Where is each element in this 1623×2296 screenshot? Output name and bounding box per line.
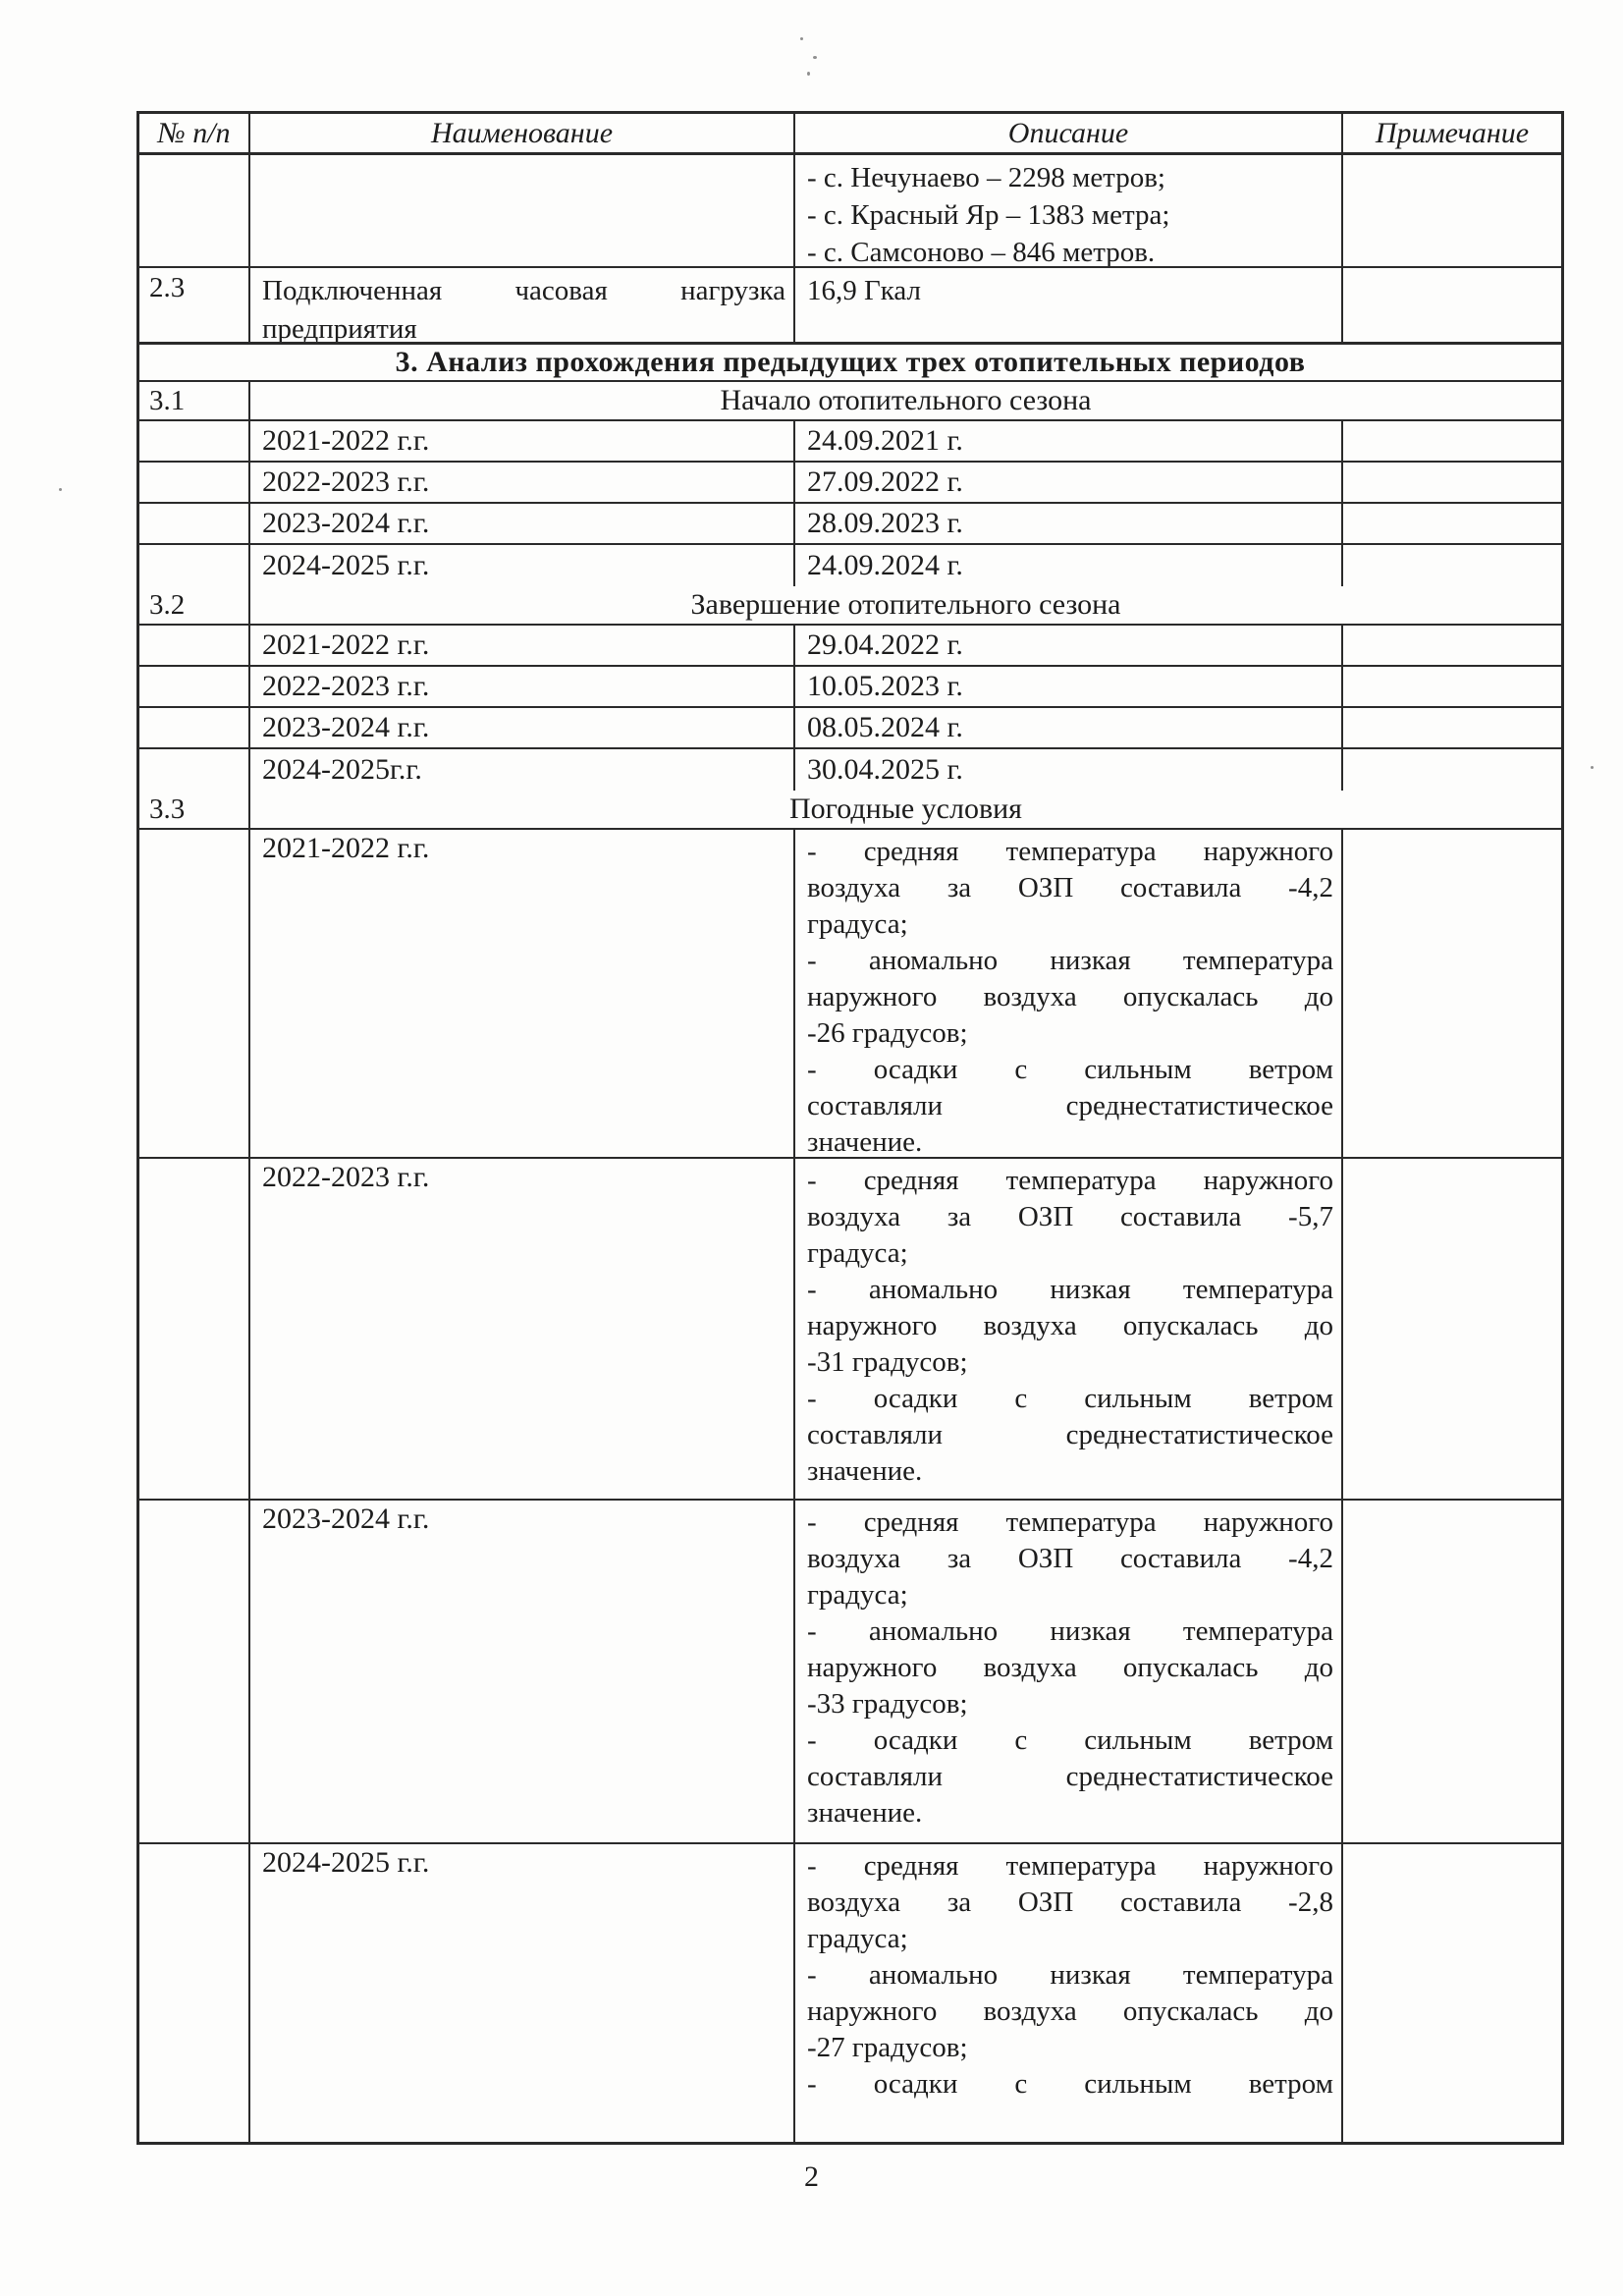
- note-cell: [1343, 626, 1561, 665]
- num-cell: [139, 1501, 250, 1842]
- text-line: градуса;: [807, 1235, 1333, 1272]
- column-header-num: № п/п: [139, 114, 250, 152]
- num-cell: [139, 463, 250, 502]
- table-row: 2024-2025 г.г.24.09.2024 г.: [139, 545, 1561, 586]
- num-cell: 3.3: [139, 791, 250, 828]
- description-cell: -средняятемпературанаружноговоздухазаОЗП…: [795, 1844, 1343, 2142]
- scan-artifact: [1591, 766, 1594, 769]
- note-cell: [1343, 830, 1561, 1157]
- text-line: -средняятемпературанаружного: [807, 834, 1333, 870]
- row-3-3: 3.3 Погодные условия: [139, 791, 1561, 830]
- description-cell: -средняятемпературанаружноговоздухазаОЗП…: [795, 830, 1343, 1157]
- text-line: -осадкиссильнымветром: [807, 2066, 1333, 2103]
- note-cell: [1343, 1501, 1561, 1842]
- text-line: -средняятемпературанаружного: [807, 1504, 1333, 1541]
- num-cell: 2.3: [139, 268, 250, 342]
- text-line: значение.: [807, 1795, 1333, 1831]
- name-cell: Подключеннаячасоваянагрузкапредприятия: [250, 268, 795, 342]
- table-row: 2021-2022 г.г.29.04.2022 г.: [139, 626, 1561, 667]
- table-row: 2024-2025г.г.30.04.2025 г.: [139, 749, 1561, 791]
- text-line: градуса;: [807, 1577, 1333, 1613]
- text-line: -осадкиссильнымветром: [807, 1052, 1333, 1088]
- weather-row: 2024-2025 г.г.-средняятемпературанаружно…: [139, 1844, 1561, 2142]
- carryover-row: - с. Нечунаево – 2298 метров;- с. Красны…: [139, 155, 1561, 268]
- column-header-description: Описание: [795, 114, 1343, 152]
- period-cell: 2021-2022 г.г.: [250, 421, 795, 461]
- text-line: -31 градусов;: [807, 1344, 1333, 1381]
- text-line: наружноговоздухаопускаласьдо: [807, 1994, 1333, 2030]
- table-row: 2023-2024 г.г.08.05.2024 г.: [139, 708, 1561, 749]
- table-header-row: № п/п Наименование Описание Примечание: [139, 114, 1561, 155]
- description-cell: -средняятемпературанаружноговоздухазаОЗП…: [795, 1501, 1343, 1842]
- weather-row: 2021-2022 г.г.-средняятемпературанаружно…: [139, 830, 1561, 1159]
- period-cell: 2023-2024 г.г.: [250, 1501, 795, 1842]
- period-cell: 2021-2022 г.г.: [250, 626, 795, 665]
- text-line: значение.: [807, 1124, 1333, 1157]
- text-line: -аномальнонизкаятемпература: [807, 1957, 1333, 1994]
- text-line: наружноговоздухаопускаласьдо: [807, 1308, 1333, 1344]
- column-header-note: Примечание: [1343, 114, 1561, 152]
- period-cell: 2023-2024 г.г.: [250, 708, 795, 747]
- text-line: - с. Самсоново – 846 метров.: [807, 234, 1333, 266]
- description-cell: -средняятемпературанаружноговоздухазаОЗП…: [795, 1159, 1343, 1499]
- text-line: воздухазаОЗПсоставила-5,7: [807, 1199, 1333, 1235]
- period-cell: 2023-2024 г.г.: [250, 504, 795, 543]
- data-table: № п/п Наименование Описание Примечание -…: [136, 111, 1564, 2145]
- season-end-rows: 2021-2022 г.г.29.04.2022 г.2022-2023 г.г…: [139, 626, 1561, 791]
- text-line: составлялисреднестатистическое: [807, 1417, 1333, 1453]
- num-cell: [139, 667, 250, 706]
- subsection-title: Начало отопительного сезона: [250, 382, 1561, 419]
- column-header-name: Наименование: [250, 114, 795, 152]
- num-cell: [139, 830, 250, 1157]
- note-cell: [1343, 1159, 1561, 1499]
- note-cell: [1343, 504, 1561, 543]
- scan-artifact: [59, 488, 62, 491]
- text-line: наружноговоздухаопускаласьдо: [807, 1650, 1333, 1686]
- text-line: Подключеннаячасоваянагрузка: [262, 272, 785, 310]
- period-cell: 2024-2025г.г.: [250, 749, 795, 791]
- period-cell: 2022-2023 г.г.: [250, 667, 795, 706]
- text-line: -27 градусов;: [807, 2030, 1333, 2066]
- num-cell: [139, 545, 250, 586]
- scan-artifact: [807, 72, 810, 76]
- text-line: градуса;: [807, 906, 1333, 943]
- num-cell: [139, 1844, 250, 2142]
- text-line: -26 градусов;: [807, 1015, 1333, 1052]
- row-2-3: 2.3 Подключеннаячасоваянагрузкапредприят…: [139, 268, 1561, 345]
- text-line: воздухазаОЗПсоставила-4,2: [807, 1541, 1333, 1577]
- text-line: -средняятемпературанаружного: [807, 1163, 1333, 1199]
- table-row: 2023-2024 г.г.28.09.2023 г.: [139, 504, 1561, 545]
- table-row: 2021-2022 г.г.24.09.2021 г.: [139, 421, 1561, 463]
- section-3-title: 3. Анализ прохождения предыдущих трех от…: [139, 345, 1561, 380]
- document-page: № п/п Наименование Описание Примечание -…: [0, 0, 1623, 2296]
- num-cell: [139, 1159, 250, 1499]
- description-cell: 16,9 Гкал: [795, 268, 1343, 342]
- date-cell: 29.04.2022 г.: [795, 626, 1343, 665]
- note-cell: [1343, 463, 1561, 502]
- date-cell: 24.09.2024 г.: [795, 545, 1343, 586]
- date-cell: 30.04.2025 г.: [795, 749, 1343, 791]
- num-cell: 3.2: [139, 586, 250, 624]
- note-cell: [1343, 1844, 1561, 2142]
- description-cell: - с. Нечунаево – 2298 метров;- с. Красны…: [795, 155, 1343, 266]
- row-3-2: 3.2 Завершение отопительного сезона: [139, 586, 1561, 626]
- scan-artifact: [813, 56, 817, 59]
- text-line: -средняятемпературанаружного: [807, 1848, 1333, 1885]
- text-line: -осадкиссильнымветром: [807, 1722, 1333, 1759]
- text-line: - с. Нечунаево – 2298 метров;: [807, 159, 1333, 196]
- date-cell: 24.09.2021 г.: [795, 421, 1343, 461]
- subsection-title: Погодные условия: [250, 791, 1561, 828]
- num-cell: 3.1: [139, 382, 250, 419]
- text-line: предприятия: [262, 310, 785, 342]
- description-value: 16,9 Гкал: [795, 268, 1341, 310]
- section-3-header-row: 3. Анализ прохождения предыдущих трех от…: [139, 345, 1561, 382]
- num-cell: [139, 155, 250, 266]
- name-cell: [250, 155, 795, 266]
- text-line: наружноговоздухаопускаласьдо: [807, 979, 1333, 1015]
- note-cell: [1343, 545, 1561, 586]
- note-cell: [1343, 667, 1561, 706]
- scan-artifact: [800, 37, 803, 40]
- note-cell: [1343, 749, 1561, 791]
- text-line: значение.: [807, 1453, 1333, 1490]
- note-cell: [1343, 421, 1561, 461]
- date-cell: 28.09.2023 г.: [795, 504, 1343, 543]
- note-cell: [1343, 268, 1561, 342]
- weather-rows: 2021-2022 г.г.-средняятемпературанаружно…: [139, 830, 1561, 2142]
- text-line: - с. Красный Яр – 1383 метра;: [807, 196, 1333, 234]
- text-line: -33 градусов;: [807, 1686, 1333, 1722]
- text-line: -аномальнонизкаятемпература: [807, 1613, 1333, 1650]
- period-cell: 2022-2023 г.г.: [250, 1159, 795, 1499]
- text-line: воздухазаОЗПсоставила-2,8: [807, 1885, 1333, 1921]
- text-line: -осадкиссильнымветром: [807, 1381, 1333, 1417]
- page-number: 2: [0, 2160, 1623, 2194]
- text-line: воздухазаОЗПсоставила-4,2: [807, 870, 1333, 906]
- subsection-title: Завершение отопительного сезона: [250, 586, 1561, 624]
- table-row: 2022-2023 г.г.10.05.2023 г.: [139, 667, 1561, 708]
- date-cell: 27.09.2022 г.: [795, 463, 1343, 502]
- date-cell: 08.05.2024 г.: [795, 708, 1343, 747]
- period-cell: 2021-2022 г.г.: [250, 830, 795, 1157]
- num-cell: [139, 626, 250, 665]
- text-line: составлялисреднестатистическое: [807, 1088, 1333, 1124]
- num-cell: [139, 749, 250, 791]
- num-cell: [139, 421, 250, 461]
- row-3-1: 3.1 Начало отопительного сезона: [139, 382, 1561, 421]
- num-cell: [139, 504, 250, 543]
- text-line: составлялисреднестатистическое: [807, 1759, 1333, 1795]
- note-cell: [1343, 708, 1561, 747]
- season-start-rows: 2021-2022 г.г.24.09.2021 г.2022-2023 г.г…: [139, 421, 1561, 586]
- date-cell: 10.05.2023 г.: [795, 667, 1343, 706]
- text-line: -аномальнонизкаятемпература: [807, 943, 1333, 979]
- note-cell: [1343, 155, 1561, 266]
- text-line: -аномальнонизкаятемпература: [807, 1272, 1333, 1308]
- period-cell: 2022-2023 г.г.: [250, 463, 795, 502]
- weather-row: 2022-2023 г.г.-средняятемпературанаружно…: [139, 1159, 1561, 1501]
- num-cell: [139, 708, 250, 747]
- table-row: 2022-2023 г.г.27.09.2022 г.: [139, 463, 1561, 504]
- period-cell: 2024-2025 г.г.: [250, 1844, 795, 2142]
- text-line: градуса;: [807, 1921, 1333, 1957]
- period-cell: 2024-2025 г.г.: [250, 545, 795, 586]
- weather-row: 2023-2024 г.г.-средняятемпературанаружно…: [139, 1501, 1561, 1844]
